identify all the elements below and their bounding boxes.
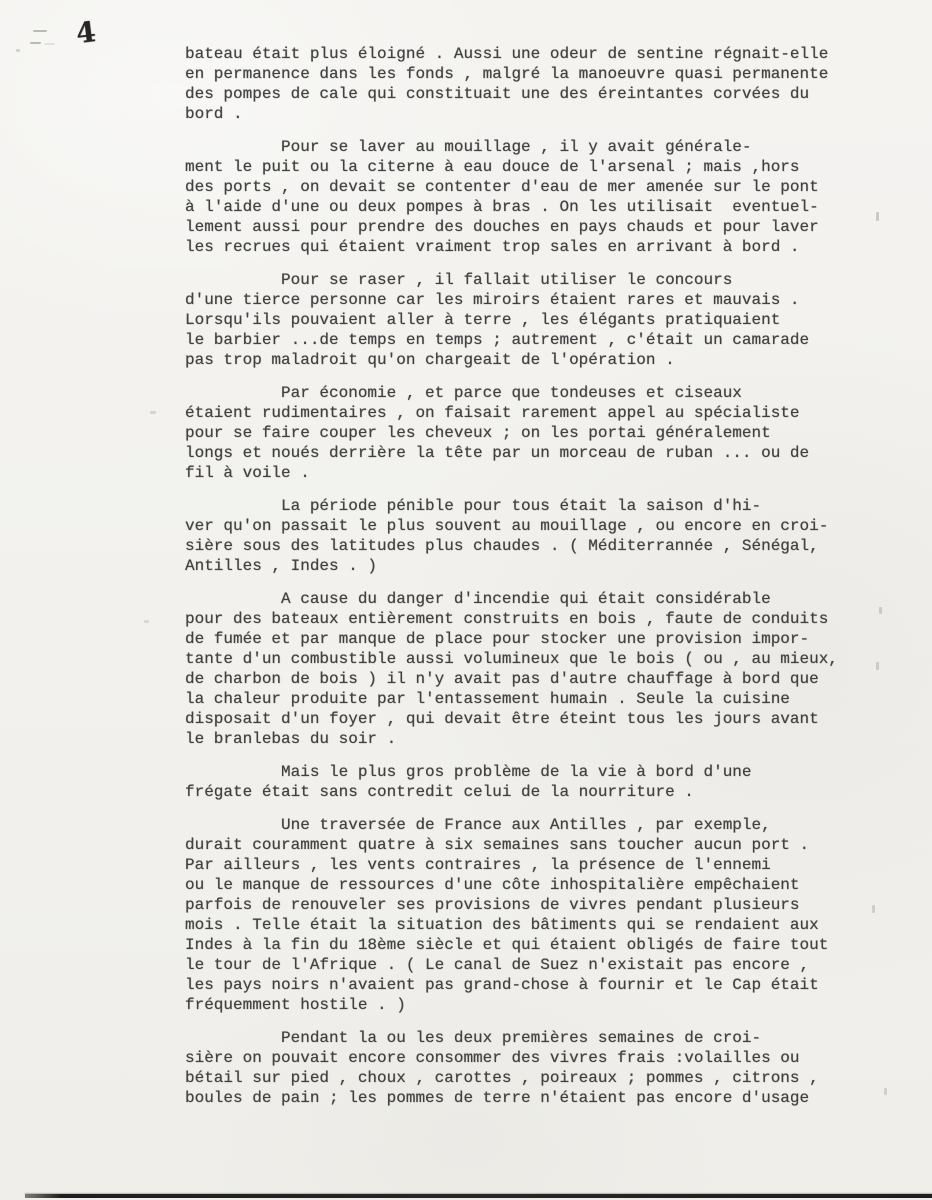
page-number: 4 — [74, 15, 97, 50]
scan-speck — [872, 905, 875, 913]
scan-speck — [144, 620, 149, 623]
scan-speck — [884, 1088, 887, 1095]
paragraph-washing: Pour se laver au mouillage , il y avait … — [185, 137, 865, 257]
scan-speck — [150, 411, 156, 414]
pencil-mark — [33, 30, 47, 32]
paragraph-haircuts: Par économie , et parce que tondeuses et… — [185, 383, 865, 483]
paragraph-fresh-provisions: Pendant la ou les deux premières semaine… — [185, 1028, 865, 1108]
paragraph-crossing-duration: Une traversée de France aux Antilles , p… — [185, 815, 865, 1015]
paragraph-fire-danger: A cause du danger d'incendie qui était c… — [185, 589, 865, 749]
scanned-document-page: 4 bateau était plus éloigné . Aussi une … — [0, 0, 932, 1200]
pencil-mark — [16, 49, 20, 52]
paragraph-bilge-odour: bateau était plus éloigné . Aussi une od… — [185, 44, 865, 124]
document-text-block: bateau était plus éloigné . Aussi une od… — [185, 44, 865, 1121]
scan-speck — [876, 662, 879, 670]
paragraph-shaving: Pour se raser , il fallait utiliser le c… — [185, 270, 865, 370]
paragraph-food-problem: Mais le plus gros problème de la vie à b… — [185, 762, 865, 802]
scan-speck — [879, 607, 882, 614]
scan-artifact-bottom-bar — [25, 1194, 932, 1198]
scan-speck — [876, 212, 879, 221]
pencil-mark — [30, 42, 41, 44]
paragraph-winter-season: La période pénible pour tous était la sa… — [185, 496, 865, 576]
